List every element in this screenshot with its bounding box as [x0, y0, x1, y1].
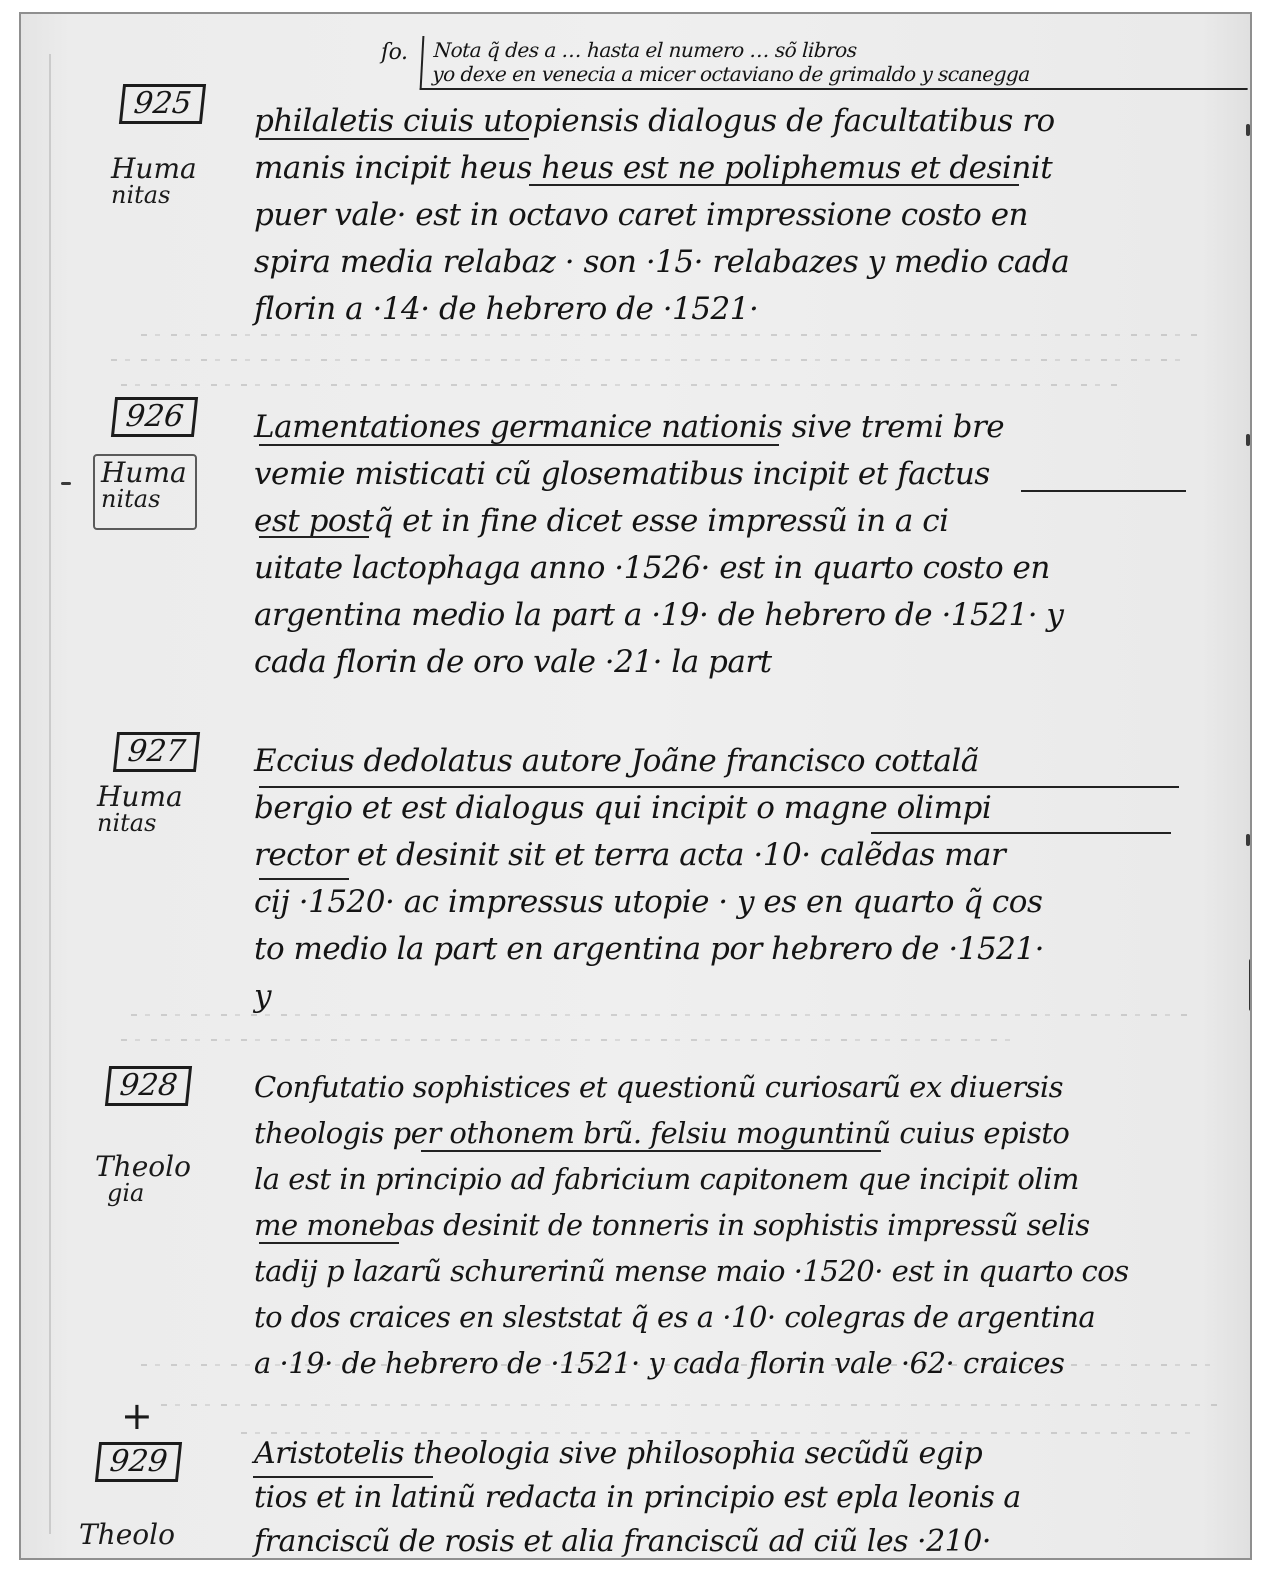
author-underline — [421, 1150, 881, 1152]
text-line: Aristotelis theologia sive philosophia s… — [254, 1432, 1214, 1476]
margin-mark — [1249, 959, 1252, 1011]
incipit-underline — [529, 184, 1019, 186]
incipit-underline — [259, 878, 349, 880]
subject-line: Theolo — [95, 1154, 191, 1180]
entry-number-box: 926 — [111, 397, 198, 437]
incipit-underline — [259, 536, 369, 538]
cross-mark-icon: + — [121, 1394, 153, 1438]
text-line: la est in principio ad fabricium capiton… — [254, 1156, 1214, 1202]
entry-text: Lamentationes germanice nationis sive tr… — [254, 404, 1214, 686]
subject-label: Theolo — [79, 1522, 175, 1548]
text-line: bergio et est dialogus qui incipit o mag… — [254, 785, 1214, 832]
text-line: y — [254, 973, 1214, 1020]
subject-line: nitas — [111, 182, 197, 208]
text-line: rector et desinit sit et terra acta ·10·… — [254, 832, 1214, 879]
manuscript-page: ſo. Nota q̃ des a … hasta el numero … sõ… — [19, 12, 1252, 1560]
entry-text: Eccius dedolatus autore Joãne francisco … — [254, 738, 1214, 1020]
text-line: tios et in latinũ redacta in principio e… — [254, 1476, 1214, 1520]
text-line: cada florin de oro vale ·21· la part — [254, 639, 1214, 686]
margin-rule — [49, 54, 51, 1534]
text-line: to medio la part en argentina por hebrer… — [254, 926, 1214, 973]
text-line: Confutatio sophistices et questionũ curi… — [254, 1064, 1214, 1110]
subject-line: Huma — [111, 156, 197, 182]
margin-tick — [1246, 434, 1250, 446]
text-line: florin a ·14· de hebrero de ·1521· — [254, 286, 1214, 333]
subject-label: Theolo gia — [95, 1154, 191, 1206]
incipit-underline — [871, 832, 1171, 834]
text-line: a ·19· de hebrero de ·1521· y cada flori… — [254, 1340, 1214, 1386]
text-line: cij ·1520· ac impressus utopie · y es en… — [254, 879, 1214, 926]
title-underline — [253, 1476, 433, 1478]
subject-line: gia — [95, 1180, 191, 1206]
text-line: tadij p lazarũ schurerinũ mense maio ·15… — [254, 1248, 1214, 1294]
top-note-box: Nota q̃ des a … hasta el numero … sõ lib… — [420, 36, 1251, 90]
entry-text: Confutatio sophistices et questionũ curi… — [254, 1064, 1214, 1386]
title-underline — [259, 786, 1179, 788]
top-note-line: yo dexe en venecia a micer octaviano de … — [432, 62, 1243, 86]
text-line: argentina medio la part a ·19· de hebrer… — [254, 592, 1214, 639]
entry-text: Aristotelis theologia sive philosophia s… — [254, 1432, 1214, 1560]
entry-number-box: 925 — [119, 84, 206, 124]
text-line: Eccius dedolatus autore Joãne francisco … — [254, 738, 1214, 785]
subject-line: Theolo — [79, 1522, 175, 1548]
title-underline — [259, 444, 779, 446]
text-line: to dos craices en sleststat q̃ es a ·10·… — [254, 1294, 1214, 1340]
subject-label: Huma nitas — [111, 156, 197, 208]
top-note-line: Nota q̃ des a … hasta el numero … sõ lib… — [433, 38, 1244, 62]
subject-line: Huma — [97, 784, 183, 810]
entry-number-box: 929 — [95, 1442, 182, 1482]
text-line: spira media relabaz · son ·15· relabazes… — [254, 239, 1214, 286]
pointing-mark: ſo. — [381, 40, 408, 65]
subject-label: Huma nitas — [93, 454, 197, 530]
entry-number-box: 928 — [105, 1066, 192, 1106]
text-line: franciscũ de rosis et alia franciscũ ad … — [254, 1520, 1214, 1560]
text-line: puer vale· est in octavo caret impressio… — [254, 192, 1214, 239]
margin-tick — [1246, 124, 1250, 136]
subject-label: Huma nitas — [97, 784, 183, 836]
incipit-underline — [259, 1242, 399, 1244]
entry-text: philaletis ciuis utopiensis dialogus de … — [254, 98, 1214, 333]
margin-tick — [1246, 834, 1250, 846]
margin-tick — [61, 482, 71, 485]
text-line: uitate lactophaga anno ·1526· est in qua… — [254, 545, 1214, 592]
entry-number-box: 927 — [113, 732, 200, 772]
subject-line: Huma — [101, 460, 187, 486]
subject-line: nitas — [97, 810, 183, 836]
text-line: est postq̃ et in fine dicet esse impress… — [254, 498, 1214, 545]
title-underline — [259, 138, 529, 140]
subject-line: nitas — [101, 486, 187, 512]
incipit-underline — [1021, 490, 1186, 492]
